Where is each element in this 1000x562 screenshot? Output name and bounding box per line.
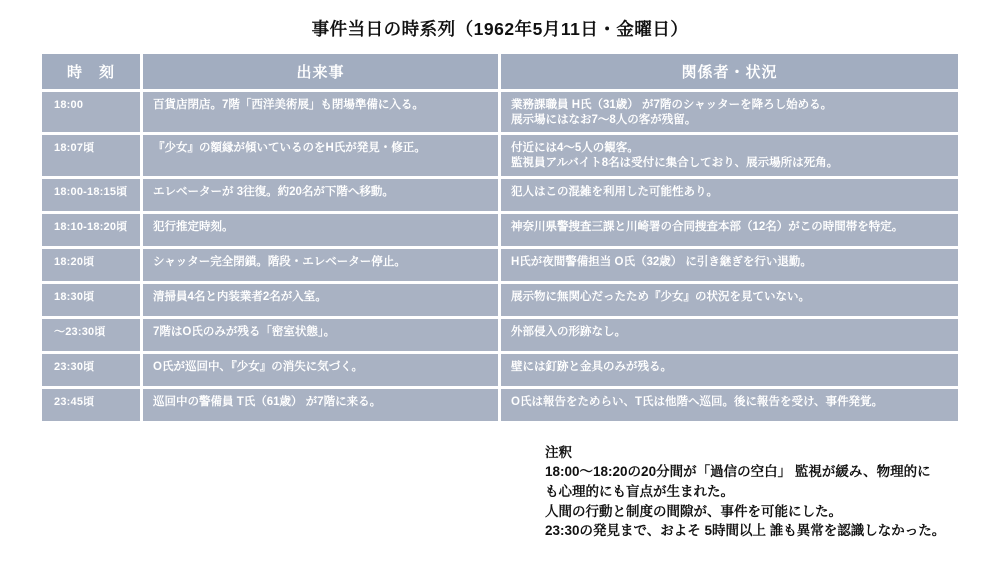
situation-cell: O氏は報告をためらい、T氏は他階へ巡回。後に報告を受け、事件発覚。: [501, 389, 958, 421]
event-cell: シャッター完全閉鎖。階段・エレベーター停止。: [143, 249, 498, 281]
situation-cell: H氏が夜間警備担当 O氏（32歳） に引き継ぎを行い退勤。: [501, 249, 958, 281]
time-cell: 18:30頃: [42, 284, 140, 316]
header-time: 時 刻: [42, 54, 140, 89]
note-line: も心理的にも盲点が生まれた。: [545, 482, 960, 502]
event-cell: 清掃員4名と内装業者2名が入室。: [143, 284, 498, 316]
event-cell: 犯行推定時刻。: [143, 214, 498, 246]
notes-heading: 注釈: [545, 443, 960, 463]
event-cell: 百貨店閉店。7階「西洋美術展」も閉場準備に入る。: [143, 92, 498, 132]
header-situation: 関係者・状況: [501, 54, 958, 89]
situation-cell: 展示物に無関心だったため『少女』の状況を見ていない。: [501, 284, 958, 316]
note-line: 23:30の発見まで、およそ 5時間以上 誰も異常を認識しなかった。: [545, 521, 960, 541]
time-cell: 23:45頃: [42, 389, 140, 421]
event-cell: 巡回中の警備員 T氏（61歳） が7階に来る。: [143, 389, 498, 421]
situation-cell: 神奈川県警捜査三課と川崎署の合同捜査本部（12名）がこの時間帯を特定。: [501, 214, 958, 246]
time-cell: 23:30頃: [42, 354, 140, 386]
header-event: 出来事: [143, 54, 498, 89]
event-cell: エレベーターが 3往復。約20名が下階へ移動。: [143, 179, 498, 211]
notes-section: 注釈 18:00～18:20の20分間が「過信の空白」 監視が緩み、物理的に も…: [545, 443, 960, 541]
time-cell: 18:20頃: [42, 249, 140, 281]
time-cell: 18:00-18:15頃: [42, 179, 140, 211]
situation-cell: 業務課職員 H氏（31歳） が7階のシャッターを降ろし始める。 展示場にはなお7…: [501, 92, 958, 132]
situation-cell: 壁には釘跡と金具のみが残る。: [501, 354, 958, 386]
time-cell: 18:10-18:20頃: [42, 214, 140, 246]
event-cell: 7階はO氏のみが残る「密室状態」。: [143, 319, 498, 351]
page: 事件当日の時系列（1962年5月11日・金曜日） 時 刻 出来事 関係者・状況 …: [0, 0, 1000, 562]
situation-cell: 付近には4～5人の観客。 監視員アルバイト8名は受付に集合しており、展示場所は死…: [501, 135, 958, 175]
timeline-table: 時 刻 出来事 関係者・状況 18:00 百貨店閉店。7階「西洋美術展」も閉場準…: [42, 54, 958, 421]
time-cell: 18:07頃: [42, 135, 140, 175]
event-cell: 『少女』の額縁が傾いているのをH氏が発見・修正。: [143, 135, 498, 175]
time-cell: 18:00: [42, 92, 140, 132]
situation-cell: 犯人はこの混雑を利用した可能性あり。: [501, 179, 958, 211]
time-cell: ～23:30頃: [42, 319, 140, 351]
event-cell: O氏が巡回中、『少女』の消失に気づく。: [143, 354, 498, 386]
page-title: 事件当日の時系列（1962年5月11日・金曜日）: [0, 16, 1000, 41]
note-line: 18:00～18:20の20分間が「過信の空白」 監視が緩み、物理的に: [545, 462, 960, 482]
situation-cell: 外部侵入の形跡なし。: [501, 319, 958, 351]
note-line: 人間の行動と制度の間隙が、事件を可能にした。: [545, 502, 960, 522]
